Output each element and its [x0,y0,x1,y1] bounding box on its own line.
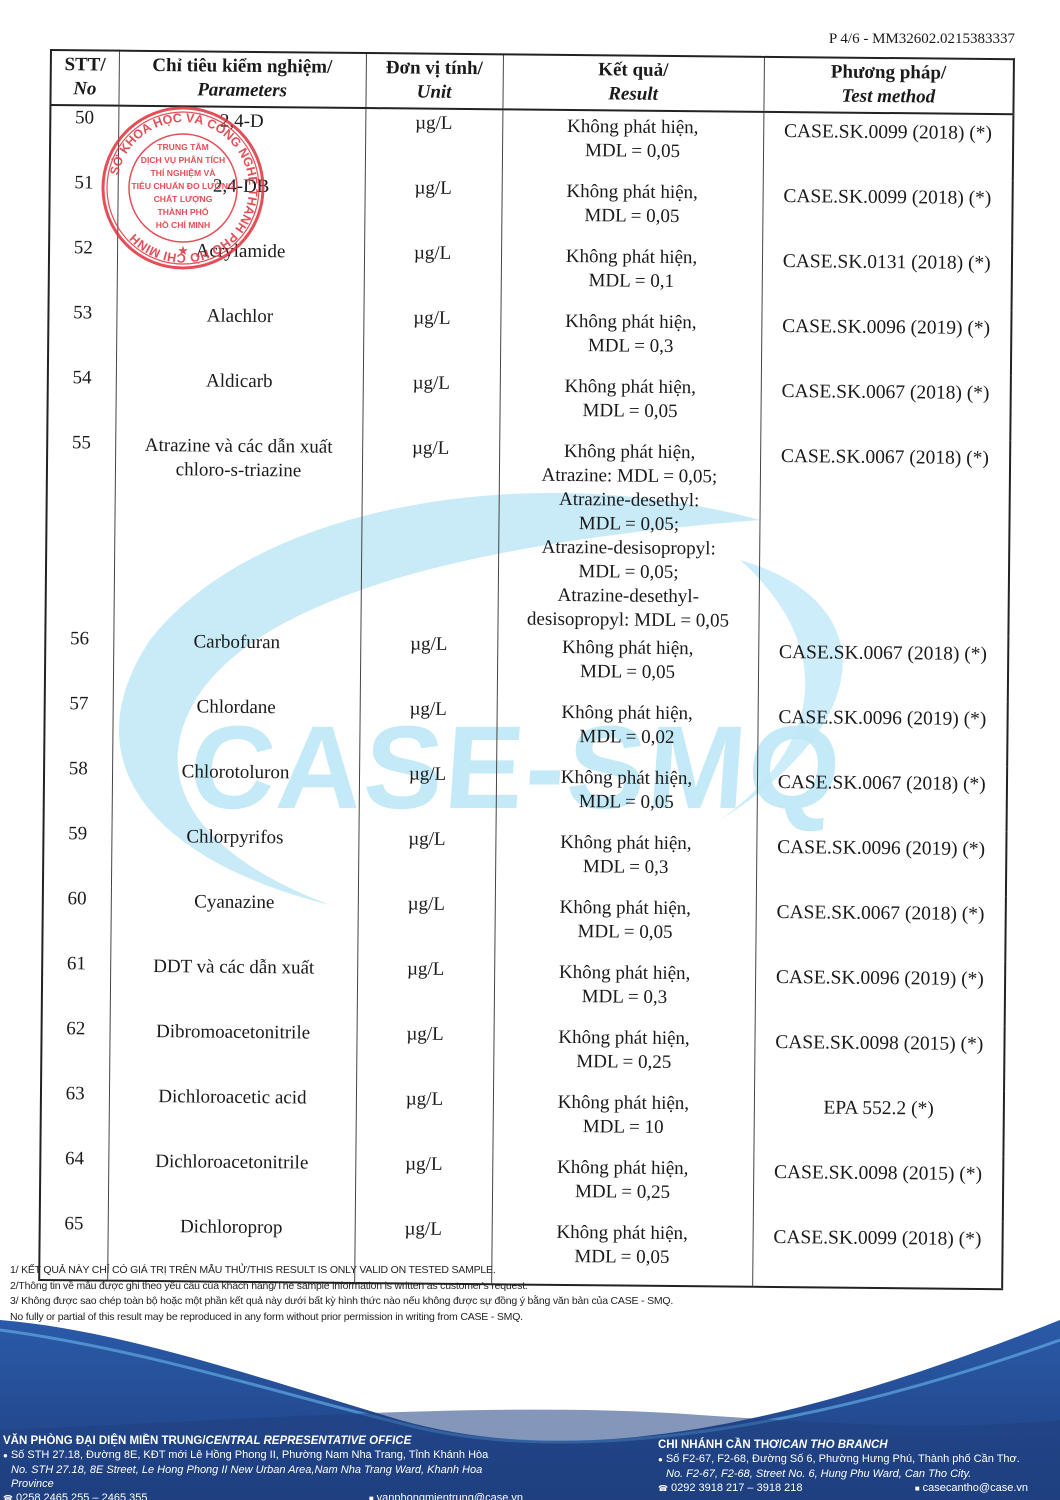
result-line: Không phát hiện, [500,830,752,856]
header-vi: Đơn vị tính/ [370,56,498,81]
result-line: Atrazine-desisopropyl: [503,535,755,561]
title-en: CAN THO BRANCH [782,1439,887,1451]
result-line: MDL = 0,05 [499,919,751,945]
address-vi: Số STH 27.18, Đường 8E, KĐT mới Lê Hồng … [11,1449,488,1461]
unit: µg/L [359,695,497,761]
table-row: 57Chlordaneµg/LKhông phát hiện,MDL = 0,0… [44,692,1008,766]
results-table-container: STT/No Chỉ tiêu kiểm nghiệm/Parameters Đ… [38,49,1013,1290]
can-tho-branch-address: ●Số F2-67, F2-68, Đường Số 6, Phường Hưn… [658,1452,1028,1467]
test-method: EPA 552.2 (*) [753,1089,1004,1156]
table-row: 63Dichloroacetic acidµg/LKhông phát hiện… [40,1082,1004,1156]
row-number: 58 [44,757,113,823]
result-line: MDL = 0,25 [498,1049,750,1075]
can-tho-branch-address-en: No. F2-67, F2-68, Street No. 6, Hung Phu… [658,1467,1028,1481]
location-pin-icon: ● [658,1455,663,1464]
result-line: MDL = 0,3 [505,333,757,359]
result: Không phát hiện,MDL = 10 [492,1086,754,1154]
result-line: Atrazine: MDL = 0,05; [503,463,755,489]
parameter-name: Atrazine và các dẫn xuất chloro-s-triazi… [113,432,362,630]
test-method: CASE.SK.0096 (2019) (*) [756,829,1007,896]
table-row: 58Chlorotoluronµg/LKhông phát hiện,MDL =… [44,757,1008,831]
central-office-info: VĂN PHÒNG ĐẠI DIỆN MIỀN TRUNG/CENTRAL RE… [3,1434,523,1500]
header-en: Parameters [123,78,361,104]
central-office-email[interactable]: ■vanphongmientrung@case.vn [369,1491,523,1500]
test-method: CASE.SK.0099 (2018) (*) [752,1219,1003,1289]
unit: µg/L [363,304,501,370]
result-line: Không phát hiện, [497,1090,749,1116]
row-number: 64 [40,1147,109,1213]
result: Không phát hiện,MDL = 0,25 [493,1021,755,1089]
unit: µg/L [355,1150,493,1216]
parameter-name: Dichloroacetonitrile [108,1148,356,1215]
parameter-name: Aldicarb [115,367,363,434]
header-result: Kết quả/Result [502,54,764,112]
footnote-2: 2/Thông tin về mẫu được ghi theo yêu cầu… [10,1279,673,1295]
table-row: 59Chlorpyrifosµg/LKhông phát hiện,MDL = … [43,822,1007,896]
header-en: Result [507,81,759,107]
row-number: 52 [49,236,118,302]
table-row: 62Dibromoacetonitrileµg/LKhông phát hiện… [41,1017,1005,1091]
result-line: Không phát hiện, [502,635,754,661]
row-number: 54 [47,366,116,432]
row-number: 50 [50,105,119,172]
test-method: CASE.SK.0067 (2018) (*) [757,764,1008,831]
footnote-3: 3/ Không được sao chép toàn bộ hoặc một … [10,1294,673,1310]
unit: µg/L [358,825,496,891]
result-line: Không phát hiện, [506,179,758,205]
result-line: MDL = 10 [497,1114,749,1140]
result-line: MDL = 0,05 [506,138,758,164]
parameter-name: Chlorotoluron [112,758,360,825]
result-line: desisopropyl: MDL = 0,05 [502,607,754,633]
result: Không phát hiện,MDL = 0,05 [502,109,764,178]
result: Không phát hiện,MDL = 0,3 [495,826,757,894]
unit: µg/L [357,890,495,956]
row-number: 63 [40,1082,109,1148]
unit: µg/L [360,434,499,631]
result-line: MDL = 0,05; [503,511,755,537]
email-text[interactable]: casecantho@case.vn [923,1482,1028,1494]
mail-icon: ■ [915,1484,920,1493]
can-tho-branch-phone: ☎0292 3918 217 – 3918 218 [658,1481,803,1496]
parameter-name: Carbofuran [113,628,361,695]
result: Không phát hiện,MDL = 0,05 [499,370,761,438]
parameter-name: Dichloroacetic acid [108,1083,356,1150]
result-line: Không phát hiện, [501,700,753,726]
mail-icon: ■ [369,1494,374,1500]
result: Không phát hiện,MDL = 0,05 [496,761,758,829]
result-line: Không phát hiện, [497,1155,749,1181]
table-header-row: STT/No Chỉ tiêu kiểm nghiệm/Parameters Đ… [50,50,1013,114]
parameter-name: Chlordane [112,693,360,760]
table-row: 64Dichloroacetonitrileµg/LKhông phát hiệ… [40,1147,1004,1221]
central-office-title: VĂN PHÒNG ĐẠI DIỆN MIỀN TRUNG/CENTRAL RE… [3,1434,523,1448]
header-parameters: Chỉ tiêu kiểm nghiệm/Parameters [118,51,366,108]
result-line: MDL = 0,05 [506,203,758,229]
result: Không phát hiện,MDL = 0,1 [501,240,763,308]
header-test-method: Phương pháp/Test method [763,57,1014,114]
test-method: CASE.SK.0096 (2019) (*) [757,699,1008,766]
title-vi: CHI NHÁNH CẦN THƠ/ [658,1439,782,1451]
phone-icon: ☎ [3,1494,13,1500]
results-table: STT/No Chỉ tiêu kiểm nghiệm/Parameters Đ… [38,49,1015,1290]
can-tho-branch-email[interactable]: ■casecantho@case.vn [915,1481,1028,1496]
table-row: 60Cyanazineµg/LKhông phát hiện,MDL = 0,0… [42,887,1006,961]
header-vi: Chỉ tiêu kiểm nghiệm/ [123,54,361,80]
row-number: 60 [42,887,111,953]
unit: µg/L [359,760,497,826]
header-vi: Phương pháp/ [768,60,1009,86]
unit: µg/L [364,174,502,240]
row-number: 59 [43,822,112,888]
result-line: Không phát hiện, [500,765,752,791]
unit: µg/L [365,108,503,175]
result-line: MDL = 0,02 [501,724,753,750]
result-line: Không phát hiện, [496,1220,748,1246]
table-row: 61DDT và các dẫn xuấtµg/LKhông phát hiện… [42,952,1006,1026]
header-no: STT/No [50,50,119,106]
result-line: Không phát hiện, [505,309,757,335]
phone-text: 0292 3918 217 – 3918 218 [671,1482,803,1494]
unit: µg/L [356,1020,494,1086]
result: Không phát hiện,MDL = 0,25 [492,1151,754,1219]
parameter-name: DDT và các dẫn xuất [110,953,358,1020]
central-office-address: ●Số STH 27.18, Đường 8E, KĐT mới Lê Hồng… [3,1448,523,1463]
test-method: CASE.SK.0067 (2018) (*) [758,438,1010,636]
footnote-3-en: No fully or partial of this result may b… [10,1310,673,1326]
header-vi: STT/ [56,53,115,78]
can-tho-branch-title: CHI NHÁNH CẦN THƠ/CAN THO BRANCH [658,1438,1028,1452]
test-method: CASE.SK.0099 (2018) (*) [762,178,1013,245]
table-row: 512,4-DBµg/LKhông phát hiện,MDL = 0,05CA… [49,171,1013,245]
row-number: 61 [42,952,111,1018]
result: Không phát hiện,MDL = 0,3 [494,956,756,1024]
row-number: 57 [44,692,113,758]
parameter-name: 2,4-DB [117,172,365,239]
title-vi: VĂN PHÒNG ĐẠI DIỆN MIỀN TRUNG/ [3,1435,206,1447]
location-pin-icon: ● [3,1451,8,1460]
result-line: MDL = 0,3 [498,984,750,1010]
result-line: MDL = 0,25 [496,1179,748,1205]
parameter-name: Alachlor [116,302,364,369]
header-unit: Đơn vị tính/Unit [365,53,503,109]
parameter-name: Acrylamide [117,237,365,304]
test-method: CASE.SK.0067 (2018) (*) [760,373,1011,440]
unit: µg/L [360,630,498,696]
row-number: 53 [48,301,117,367]
test-method: CASE.SK.0096 (2019) (*) [761,308,1012,375]
result: Không phát hiện,MDL = 0,02 [496,696,758,764]
unit: µg/L [362,369,500,435]
result-line: Atrazine-desethyl: [503,487,755,513]
row-number: 51 [49,171,118,237]
result-line: Không phát hiện, [507,114,759,140]
test-method: CASE.SK.0099 (2018) (*) [763,112,1014,180]
test-method: CASE.SK.0067 (2018) (*) [755,894,1006,961]
result-line: Không phát hiện, [499,960,751,986]
table-row: 502,4-Dµg/LKhông phát hiện,MDL = 0,05CAS… [50,105,1014,180]
header-en: Test method [768,84,1009,110]
phone-icon: ☎ [658,1484,668,1493]
row-number: 62 [41,1017,110,1083]
test-method: CASE.SK.0096 (2019) (*) [755,959,1006,1026]
result-line: Atrazine-desethyl- [502,583,754,609]
test-method: CASE.SK.0098 (2015) (*) [754,1024,1005,1091]
parameter-name: 2,4-D [118,106,366,174]
table-row: 52Acrylamideµg/LKhông phát hiện,MDL = 0,… [49,236,1013,310]
table-body: 502,4-Dµg/LKhông phát hiện,MDL = 0,05CAS… [39,105,1013,1289]
result: Không phát hiện,MDL = 0,05 [497,631,759,699]
result: Không phát hiện,MDL = 0,05 [501,175,763,243]
footnote-1: 1/ KẾT QUẢ NÀY CHỈ CÓ GIÁ TRỊ TRÊN MẪU T… [10,1263,673,1279]
central-office-address-en: No. STH 27.18, 8E Street, Le Hong Phong … [3,1463,523,1491]
header-en: Unit [370,80,498,105]
result-line: MDL = 0,05 [500,789,752,815]
table-row: 53Alachlorµg/LKhông phát hiện,MDL = 0,3C… [48,301,1012,375]
parameter-name: Cyanazine [110,888,358,955]
test-method: CASE.SK.0098 (2015) (*) [753,1154,1004,1221]
header-vi: Kết quả/ [507,57,759,83]
unit: µg/L [355,1085,493,1151]
header-en: No [56,77,115,102]
page-reference: P 4/6 - MM32602.0215383337 [829,31,1015,48]
address-vi: Số F2-67, F2-68, Đường Số 6, Phường Hưng… [666,1453,1020,1465]
parameter-name: Dibromoacetonitrile [109,1018,357,1085]
email-text[interactable]: vanphongmientrung@case.vn [377,1492,523,1500]
central-office-phone: ☎0258 2465 255 – 2465 355 [3,1491,148,1500]
result: Không phát hiện,MDL = 0,3 [500,305,762,373]
footnotes: 1/ KẾT QUẢ NÀY CHỈ CÓ GIÁ TRỊ TRÊN MẪU T… [10,1263,673,1325]
result-line: Không phát hiện, [504,439,756,465]
result-line: Không phát hiện, [498,1025,750,1051]
row-number: 56 [45,627,114,693]
table-row: 54Aldicarbµg/LKhông phát hiện,MDL = 0,05… [47,366,1011,440]
table-row: 55Atrazine và các dẫn xuất chloro-s-tria… [45,431,1010,636]
result-line: MDL = 0,05 [501,659,753,685]
result-line: MDL = 0,1 [505,268,757,294]
result-line: Không phát hiện, [505,244,757,270]
result-line: MDL = 0,05 [504,398,756,424]
table-row: 56Carbofuranµg/LKhông phát hiện,MDL = 0,… [45,627,1009,701]
test-method: CASE.SK.0067 (2018) (*) [758,634,1009,701]
test-method: CASE.SK.0131 (2018) (*) [762,243,1013,310]
can-tho-branch-info: CHI NHÁNH CẦN THƠ/CAN THO BRANCH ●Số F2-… [658,1438,1028,1496]
result-line: MDL = 0,05; [502,559,754,585]
result-line: Không phát hiện, [499,895,751,921]
result-line: MDL = 0,3 [500,854,752,880]
title-en: CENTRAL REPRESENTATIVE OFFICE [206,1435,412,1447]
result: Không phát hiện,MDL = 0,05 [494,891,756,959]
unit: µg/L [364,239,502,305]
result: Không phát hiện,Atrazine: MDL = 0,05;Atr… [497,435,760,633]
row-number: 55 [45,431,115,628]
phone-text: 0258 2465 255 – 2465 355 [16,1492,148,1500]
parameter-name: Chlorpyrifos [111,823,359,890]
unit: µg/L [357,955,495,1021]
result-line: Không phát hiện, [504,374,756,400]
